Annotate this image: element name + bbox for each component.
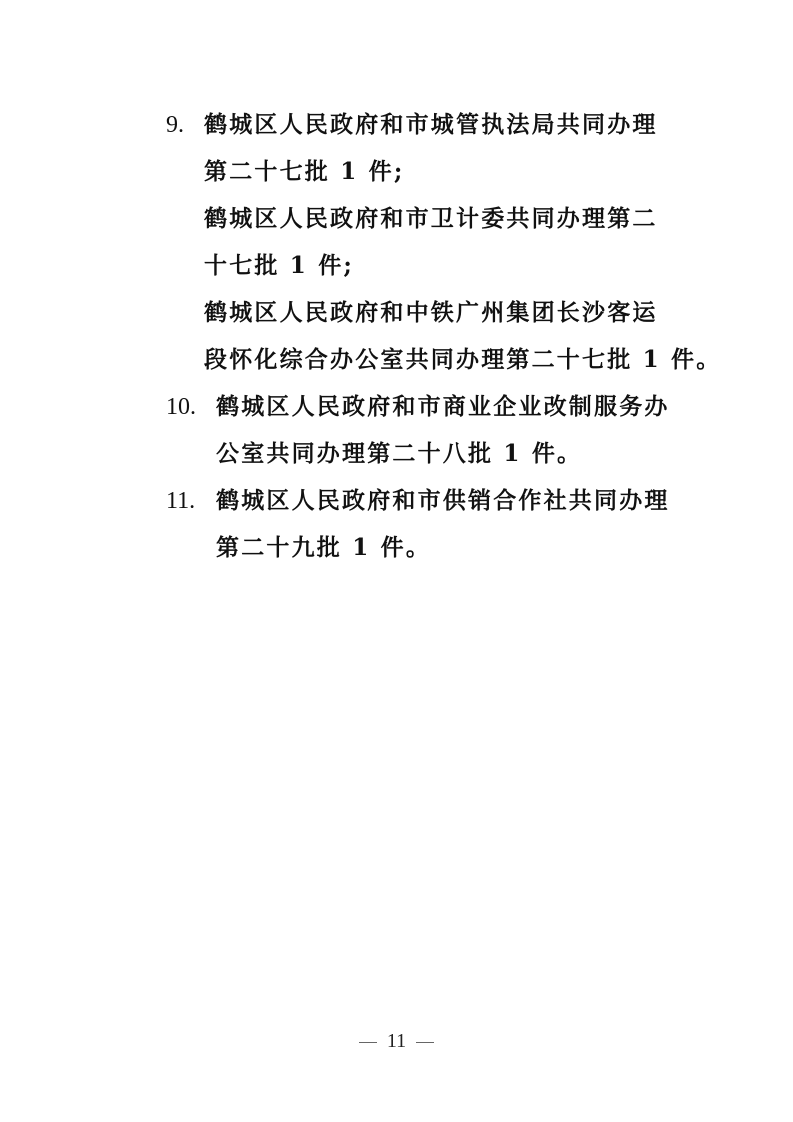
- item-11-line-1: 11.鹤城区人民政府和市供销合作社共同办理: [166, 486, 670, 516]
- item-number: 10.: [166, 392, 216, 422]
- dash-right: [416, 1042, 434, 1044]
- item-9-line-5: 鹤城区人民政府和中铁广州集团长沙客运: [204, 298, 658, 328]
- item-text: 公室共同办理第二十八批 1 件。: [216, 440, 582, 467]
- item-text: 鹤城区人民政府和市商业企业改制服务办: [216, 393, 670, 420]
- document-page: 9.鹤城区人民政府和市城管执法局共同办理 第二十七批 1 件; 鹤城区人民政府和…: [0, 0, 793, 1122]
- item-9-line-3: 鹤城区人民政府和市卫计委共同办理第二: [204, 204, 658, 234]
- item-text: 鹤城区人民政府和市供销合作社共同办理: [216, 487, 670, 514]
- item-9-line-4: 十七批 1 件;: [204, 251, 354, 281]
- item-text: 鹤城区人民政府和中铁广州集团长沙客运: [204, 299, 658, 326]
- dash-left: [359, 1042, 377, 1044]
- item-text: 鹤城区人民政府和市城管执法局共同办理: [204, 111, 658, 138]
- item-number: 11.: [166, 486, 216, 516]
- item-text: 十七批 1 件;: [204, 252, 354, 279]
- item-text: 第二十七批 1 件;: [204, 158, 405, 185]
- item-10-line-2: 公室共同办理第二十八批 1 件。: [216, 439, 582, 469]
- item-10-line-1: 10.鹤城区人民政府和市商业企业改制服务办: [166, 392, 670, 422]
- item-9-line-6: 段怀化综合办公室共同办理第二十七批 1 件。: [204, 345, 721, 375]
- item-9-line-2: 第二十七批 1 件;: [204, 157, 405, 187]
- item-9-line-1: 9.鹤城区人民政府和市城管执法局共同办理: [166, 110, 658, 140]
- item-number: 9.: [166, 110, 204, 140]
- item-text: 第二十九批 1 件。: [216, 534, 431, 561]
- item-11-line-2: 第二十九批 1 件。: [216, 533, 431, 563]
- item-text: 段怀化综合办公室共同办理第二十七批 1 件。: [204, 346, 721, 373]
- page-footer: 11: [0, 1030, 793, 1053]
- page-number: 11: [387, 1030, 406, 1052]
- item-text: 鹤城区人民政府和市卫计委共同办理第二: [204, 205, 658, 232]
